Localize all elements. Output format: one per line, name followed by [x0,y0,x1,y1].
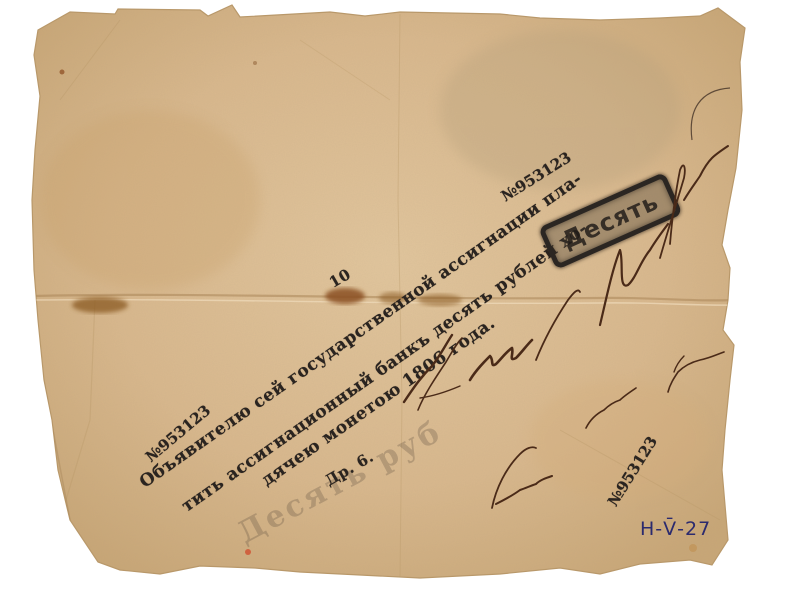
signature-3 [492,352,724,508]
handwritten-note: Н-V̄-27 [640,518,711,540]
signature-2 [600,146,728,325]
banknote-scan: Десять руб №953123 10 №953123 Объявителю… [0,0,800,602]
signatures [0,0,800,602]
signature-1 [404,290,580,410]
